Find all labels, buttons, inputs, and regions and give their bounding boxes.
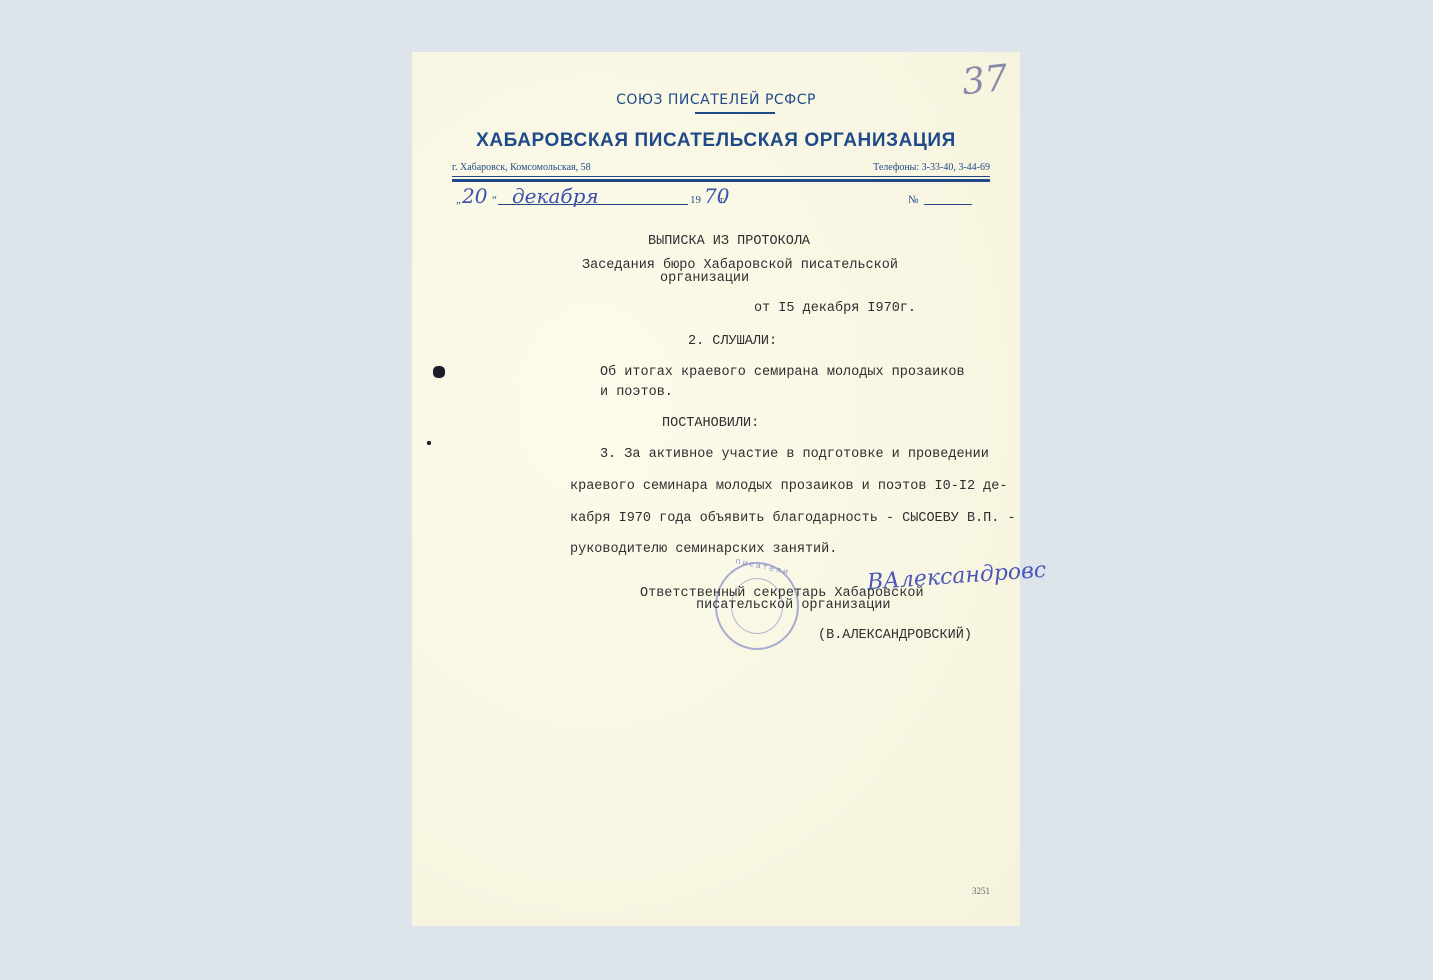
letterhead-phones: Телефоны: 3-33-40, 3-44-69 (873, 162, 990, 173)
resolution-line-4: руководителю семинарских занятий. (570, 542, 837, 557)
letterhead-union: СОЮЗ ПИСАТЕЛЕЙ РСФСР (412, 92, 1020, 108)
resolved-heading: ПОСТАНОВИЛИ: (662, 416, 759, 431)
stamp-text: писатели (735, 556, 791, 576)
subtitle-line-2: организации (660, 271, 749, 286)
letterhead-rule-thin (452, 176, 990, 177)
meeting-date: от I5 декабря I970г. (754, 301, 916, 316)
document-number: 3251 (972, 886, 990, 896)
date-line: „ 20 “ декабря 19 70 г. № (452, 184, 992, 210)
number-underline (924, 204, 972, 205)
heard-heading: 2. СЛУШАЛИ: (688, 334, 777, 349)
heard-line-2: и поэтов. (600, 385, 673, 400)
resolution-line-3: кабря I970 года объявить благодарность -… (570, 511, 1016, 526)
union-underline (695, 112, 775, 114)
date-year-prefix: 19 (690, 194, 701, 206)
signatory-position-line-2: писательской организации (696, 598, 890, 613)
heard-line-1: Об итогах краевого семирана молодых проз… (600, 365, 965, 380)
handwritten-signature: ВАлександровс (866, 558, 1047, 595)
letterhead-rule-thick (452, 179, 990, 182)
document-page: 37 СОЮЗ ПИСАТЕЛЕЙ РСФСР ХАБАРОВСКАЯ ПИСА… (412, 52, 1020, 926)
number-label: № (908, 194, 919, 206)
date-year-suffix: г. (720, 194, 726, 206)
binder-hole-mark (433, 366, 445, 378)
date-open-quote: „ (456, 194, 461, 206)
signatory-name: (В.АЛЕКСАНДРОВСКИЙ) (818, 628, 972, 643)
resolution-line-2: краевого семинара молодых прозаиков и по… (570, 479, 1007, 494)
date-day-handwritten: 20 (462, 184, 487, 208)
date-month-handwritten: декабря (512, 184, 599, 208)
letterhead-organization: ХАБАРОВСКАЯ ПИСАТЕЛЬСКАЯ ОРГАНИЗАЦИЯ (412, 130, 1020, 152)
letterhead-address: г. Хабаровск, Комсомольская, 58 (452, 162, 591, 173)
document-title: ВЫПИСКА ИЗ ПРОТОКОЛА (648, 234, 810, 249)
date-close-quote: “ (492, 194, 497, 206)
ink-speck (427, 441, 431, 445)
resolution-line-1: 3. За активное участие в подготовке и пр… (600, 447, 989, 462)
